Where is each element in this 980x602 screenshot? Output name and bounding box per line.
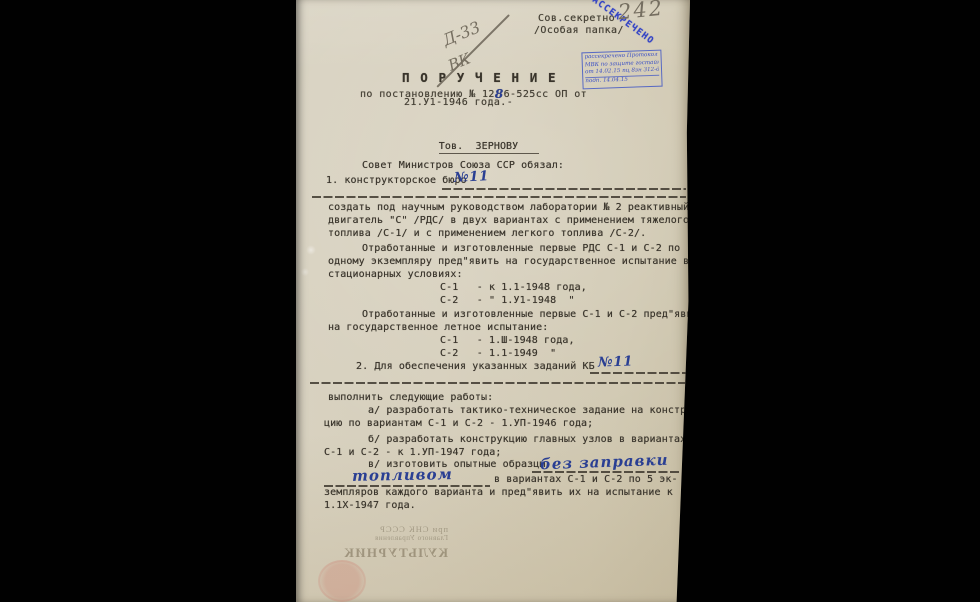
- document-title: П О Р У Ч Е Н И Е: [402, 70, 557, 85]
- typed-line: одному экземпляру пред"явить на государс…: [328, 256, 689, 267]
- typed-line: двигатель "С" /РДС/ в двух вариантах с п…: [328, 215, 689, 226]
- handwritten-fill-kb11-2: №11: [598, 353, 634, 370]
- bleed-line: КУЛЬТУРНИК: [298, 545, 448, 561]
- typed-line: выполнить следующие работы:: [328, 392, 493, 403]
- typed-line: земпляров каждого варианта и пред"явить …: [324, 487, 673, 498]
- typed-line: цию по вариантам С-1 и С-2 - 1.УП-1946 г…: [324, 418, 593, 429]
- page-number: 242: [617, 0, 665, 24]
- typed-line: Отработанные и изготовленные первые С-1 …: [362, 309, 705, 320]
- item-1-label: 1. конструкторское бюро: [326, 175, 467, 186]
- typed-line: С-2 - " 1.У1-1948 ": [440, 295, 575, 306]
- typed-line: 1.1Х-1947 года.: [324, 500, 416, 511]
- typed-line: С-1 - 1.Ш-1948 года,: [440, 335, 575, 346]
- typed-line: С-2 - 1.1-1949 ": [440, 348, 556, 359]
- fill-blank-line: [324, 485, 490, 487]
- document-page: Д-33 ВК Сов.секретно /Особая папка/ РАСС…: [296, 0, 690, 602]
- handwritten-insert-toplivom: топливом: [352, 465, 453, 485]
- special-folder-marking: /Особая папка/: [534, 25, 624, 36]
- typed-line: Отработанные и изготовленные первые РДС …: [362, 243, 680, 254]
- fill-blank-line: [532, 471, 680, 473]
- typed-line: создать под научным руководством лаборат…: [328, 202, 689, 213]
- photo-background: Д-33 ВК Сов.секретно /Особая папка/ РАСС…: [0, 0, 980, 602]
- typed-line: стационарных условиях:: [328, 269, 463, 280]
- classification-marking: Сов.секретно: [538, 13, 615, 24]
- ruled-separator: [312, 196, 686, 198]
- typed-line: в вариантах С-1 и С-2 по 5 эк-: [494, 474, 678, 485]
- declassification-stamp-box: рассекречено Протокол №4(1) МВК по защит…: [581, 50, 662, 90]
- fill-blank-line: [442, 188, 686, 190]
- decree-reference-post: 6-525сс ОП от: [504, 89, 587, 100]
- decree-date: 21.У1-1946 года.-: [404, 97, 513, 108]
- handwritten-fill-kb11: №11: [454, 168, 490, 186]
- typed-line: С-1 - к 1.1-1948 года,: [440, 282, 587, 293]
- bleed-line: при СНК СССР: [298, 524, 448, 534]
- bleed-line: Главного Управления: [298, 534, 448, 542]
- red-round-stamp: [318, 560, 366, 602]
- typed-line: б/ разработать конструкцию главных узлов…: [368, 434, 686, 445]
- bleed-through-text: при СНК СССР Главного Управления КУЛЬТУР…: [298, 524, 448, 561]
- fill-blank-line: [590, 372, 686, 374]
- typed-line: топлива /С-1/ и с применением легкого то…: [328, 228, 646, 239]
- typed-line: С-1 и С-2 - к 1.УП-1947 года;: [324, 447, 502, 458]
- typed-line: а/ разработать тактико-техническое задан…: [368, 405, 705, 416]
- addressee: Тов. ЗЕРНОВУ: [439, 141, 539, 154]
- item-2-label: 2. Для обеспечения указанных заданий КБ: [356, 361, 595, 372]
- handwritten-insert-bez-zapravki: без заправки: [540, 451, 669, 473]
- ruled-separator: [310, 382, 686, 384]
- typed-line: на государственное летное испытание:: [328, 322, 548, 333]
